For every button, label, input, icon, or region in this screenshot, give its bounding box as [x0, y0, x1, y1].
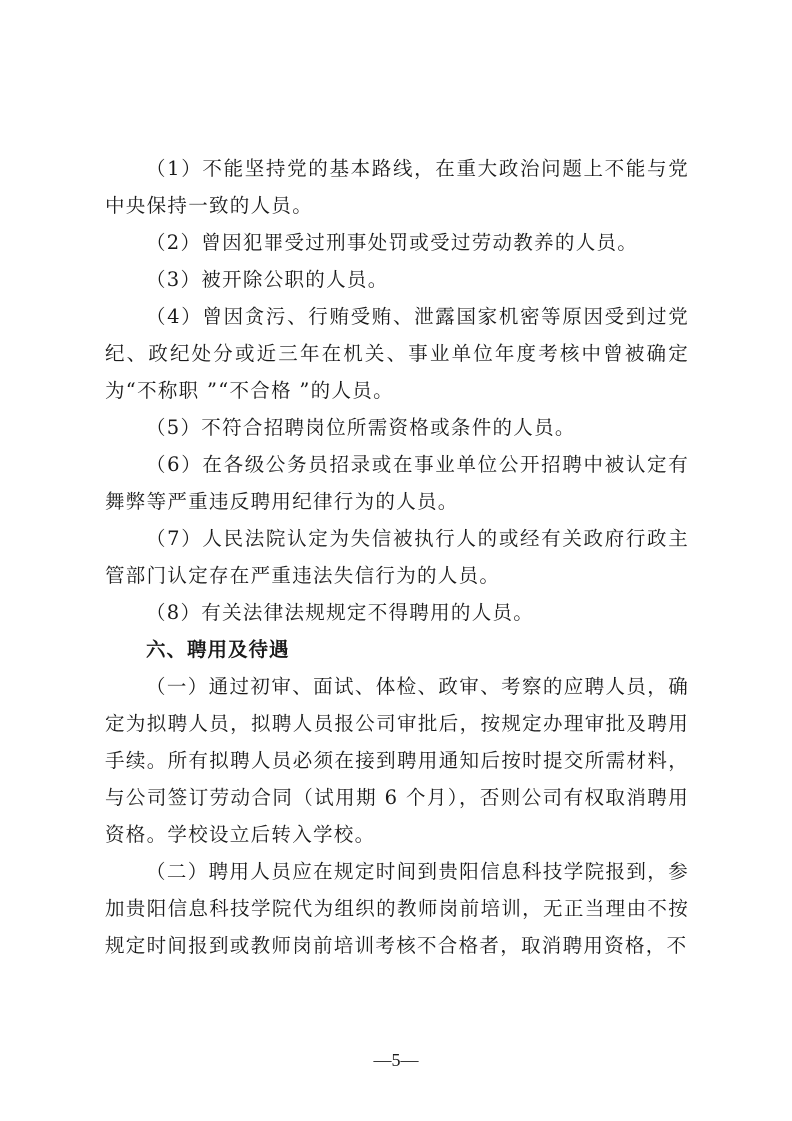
paragraph-item-8: （8）有关法律法规规定不得聘用的人员。	[105, 594, 689, 631]
paragraph-item-1: （1）不能坚持党的基本路线，在重大政治问题上不能与党中央保持一致的人员。	[105, 150, 689, 224]
paragraph-item-2: （2）曾因犯罪受过刑事处罚或受过劳动教养的人员。	[105, 224, 689, 261]
paragraph-reporting-training: （二）聘用人员应在规定时间到贵阳信息科技学院报到，参加贵阳信息科技学院代为组织的…	[105, 853, 689, 964]
page-number: —5—	[0, 1050, 792, 1070]
paragraph-item-7: （7）人民法院认定为失信被执行人的或经有关政府行政主管部门认定存在严重违法失信行…	[105, 520, 689, 594]
paragraph-item-6: （6）在各级公务员招录或在事业单位公开招聘中被认定有舞弊等严重违反聘用纪律行为的…	[105, 446, 689, 520]
paragraph-item-4: （4）曾因贪污、行贿受贿、泄露国家机密等原因受到过党纪、政纪处分或近三年在机关、…	[105, 298, 689, 409]
paragraph-hiring-procedure: （一）通过初审、面试、体检、政审、考察的应聘人员，确定为拟聘人员，拟聘人员报公司…	[105, 668, 689, 853]
paragraph-item-5: （5）不符合招聘岗位所需资格或条件的人员。	[105, 409, 689, 446]
section-heading: 六、聘用及待遇	[105, 631, 689, 668]
document-page: （1）不能坚持党的基本路线，在重大政治问题上不能与党中央保持一致的人员。 （2）…	[0, 0, 792, 1121]
paragraph-item-3: （3）被开除公职的人员。	[105, 261, 689, 298]
document-body: （1）不能坚持党的基本路线，在重大政治问题上不能与党中央保持一致的人员。 （2）…	[105, 150, 689, 964]
